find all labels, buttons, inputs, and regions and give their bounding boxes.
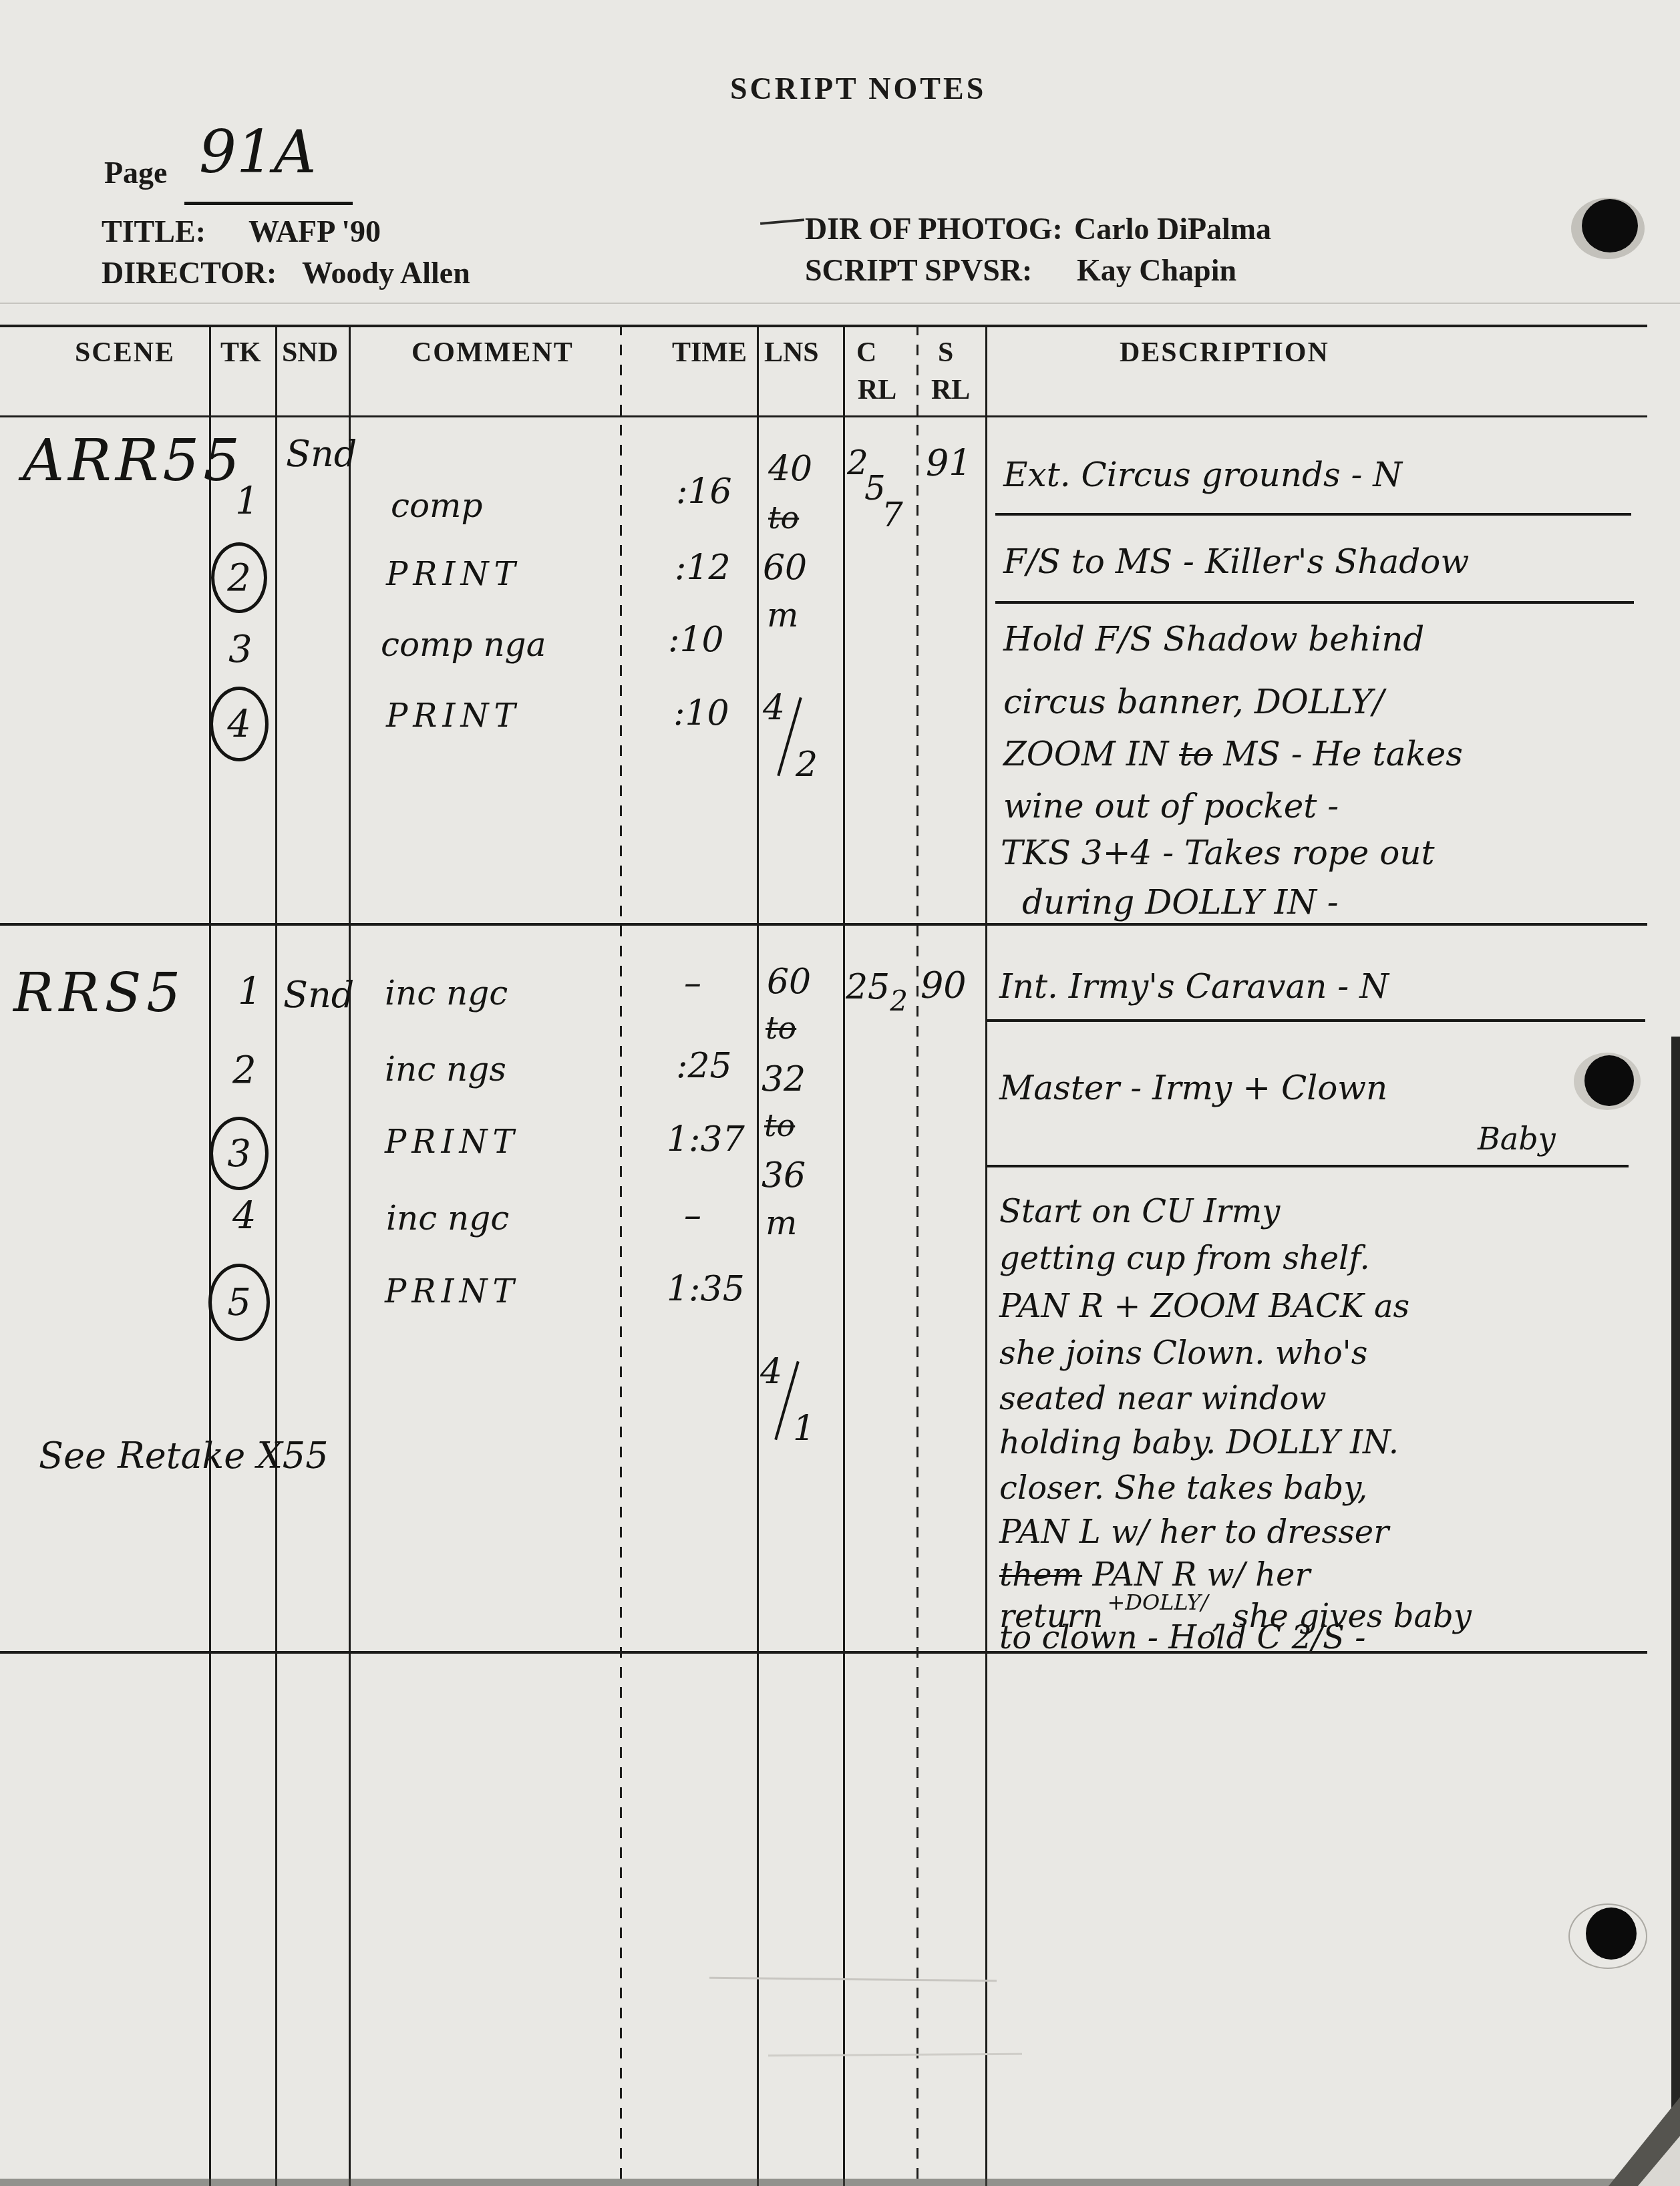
row2-time-3: 1:37 (667, 1119, 745, 1159)
faint-rule (0, 303, 1680, 304)
row2-desc-line11: them PAN R w/ her (999, 1556, 1310, 1594)
row2-desc-line11-struck: them (999, 1556, 1082, 1594)
row1-desc-line6: wine out of pocket - (1003, 787, 1339, 826)
photog-value: Carlo DiPalma (1074, 211, 1271, 246)
row1-comment-3: comp nga (381, 625, 546, 664)
col-header-tk: TK (220, 337, 261, 369)
row1-lns-to: to (768, 500, 799, 536)
row1-desc-underline1 (995, 513, 1631, 516)
row2-desc-baby: Baby (1478, 1121, 1556, 1157)
row2-desc-line6: she joins Clown. who's (999, 1334, 1367, 1372)
row2-desc-line12-insert: +DOLLY/ (1107, 1590, 1208, 1615)
director-label: DIRECTOR: (102, 255, 277, 291)
col-line-time-lns (757, 325, 759, 2186)
table-header-border (0, 415, 1647, 417)
row2-lns-m: m (766, 1204, 797, 1242)
see-retake-note: See Retake X55 (39, 1435, 329, 1477)
supervisor-label: SCRIPT SPVSR: (805, 252, 1032, 288)
row1-time-1: :16 (676, 472, 732, 512)
row2-lns-32: 32 (762, 1059, 806, 1099)
col-line-lns-crl (843, 325, 845, 2186)
col-header-scene: SCENE (75, 337, 175, 369)
row2-scene: RRS5 (13, 962, 186, 1024)
row2-comment-5: PRINT (385, 1273, 519, 1310)
row1-time-3: :10 (668, 620, 724, 660)
row1-take-3: 3 (228, 628, 253, 671)
row1-comment-4: PRINT (386, 697, 520, 735)
col-header-c: C (856, 337, 876, 369)
row1-take-1: 1 (235, 480, 259, 523)
row2-desc-line5: PAN R + ZOOM BACK as (999, 1288, 1409, 1325)
row2-camera-roll: 252 (846, 967, 908, 1007)
row2-comment-1: inc ngc (385, 974, 508, 1013)
row2-sound-roll: 90 (920, 964, 967, 1007)
col-header-lns: LNS (764, 337, 819, 369)
col-header-description: DESCRIPTION (1120, 337, 1329, 369)
row2-desc-line2: Master - Irmy + Clown (999, 1069, 1387, 1107)
col-line-snd-comment (349, 325, 351, 2186)
row2-desc-line4: getting cup from shelf. (999, 1240, 1370, 1277)
photog-label: DIR OF PHOTOG: (805, 211, 1063, 246)
row1-desc-line4: circus banner, DOLLY/ (1003, 683, 1384, 721)
col-header-time: TIME (672, 337, 747, 369)
row2-lns-60: 60 (767, 962, 811, 1002)
row2-take-3-circled: 3 (210, 1117, 269, 1190)
col-line-srl-description (985, 325, 987, 2186)
title-label: TITLE: (102, 214, 206, 249)
row2-desc-divider (987, 1165, 1629, 1167)
row2-time-5: 1:35 (667, 1269, 745, 1309)
row2-desc-line7: seated near window (999, 1380, 1327, 1417)
row2-desc-line13: to clown - Hold C 2/S - (999, 1619, 1365, 1656)
row1-desc-line5-struck: to (1179, 735, 1212, 773)
row2-lns-36: 36 (762, 1155, 806, 1196)
row2-desc-line1: Int. Irmy's Caravan - N (999, 967, 1389, 1006)
row1-desc-line3: Hold F/S Shadow behind (1003, 620, 1424, 659)
punch-hole-middle-icon (1584, 1055, 1634, 1106)
row2-desc-line11-post: PAN R w/ her (1082, 1556, 1310, 1594)
scan-right-edge-shadow (1671, 1037, 1680, 2186)
row1-camera-roll-7: 7 (882, 496, 903, 534)
row2-camera-roll-sub: 2 (890, 984, 908, 1017)
row2-take-2: 2 (232, 1049, 257, 1092)
row1-desc-line5-post: MS - He takes (1212, 735, 1463, 773)
row1-desc-line2: F/S to MS - Killer's Shadow (1003, 542, 1469, 581)
row2-take-5: 5 (227, 1281, 251, 1324)
row1-snd: Snd (286, 433, 357, 475)
row1-comment-1: comp (391, 486, 483, 525)
row1-time-4: :10 (673, 693, 729, 733)
row1-desc-line5: ZOOM IN to MS - He takes (1003, 735, 1463, 773)
page-number-handwritten: 91A (199, 118, 317, 186)
row2-take-5-circled: 5 (208, 1264, 270, 1341)
page-number-underline (184, 202, 353, 205)
punch-hole-bottom-icon (1586, 1907, 1637, 1960)
col-header-s-rl: RL (931, 374, 970, 406)
page-label: Page (104, 155, 168, 190)
row1-lns-60: 60 (763, 548, 807, 588)
row1-desc-line8: during DOLLY IN - (1022, 883, 1339, 922)
pencil-smudge-2 (768, 2053, 1022, 2057)
pencil-smudge-1 (709, 1977, 997, 1982)
col-header-s: S (938, 337, 953, 369)
row1-comment-2: PRINT (386, 556, 520, 593)
col-header-comment: COMMENT (411, 337, 574, 369)
row2-lns-to1: to (766, 1010, 796, 1046)
row2-comment-2: inc ngs (385, 1050, 506, 1089)
row1-take-4: 4 (227, 703, 251, 746)
script-notes-page: SCRIPT NOTES Page 91A TITLE: WAFP '90 DI… (0, 0, 1680, 2186)
row2-take-1: 1 (238, 970, 262, 1013)
stray-pen-mark (760, 218, 804, 225)
row2-desc-line9: closer. She takes baby, (999, 1469, 1367, 1507)
row1-desc-line1: Ext. Circus grounds - N (1003, 456, 1402, 494)
row2-desc-line10: PAN L w/ her to dresser (999, 1513, 1389, 1551)
row1-desc-line5-pre: ZOOM IN (1003, 735, 1179, 773)
row1-sound-roll: 91 (926, 442, 972, 484)
row1-frac-den: 2 (796, 745, 818, 785)
col-line-crl-srl (916, 325, 918, 2186)
row2-desc-underline1 (987, 1019, 1645, 1022)
supervisor-value: Kay Chapin (1077, 252, 1236, 288)
row1-desc-underline2 (995, 601, 1634, 604)
row2-take-3: 3 (227, 1132, 251, 1175)
row2-lns-fraction: 4 1 (760, 1356, 816, 1446)
row-divider-1 (0, 923, 1647, 926)
row1-desc-line7: TKS 3+4 - Takes rope out (1001, 834, 1435, 872)
row2-time-2: :25 (676, 1046, 732, 1086)
row2-take-4: 4 (232, 1194, 257, 1238)
row2-frac-num: 4 (760, 1352, 782, 1392)
row2-frac-den: 1 (793, 1409, 815, 1449)
row-divider-2 (0, 1651, 1647, 1654)
director-value: Woody Allen (302, 255, 470, 291)
row1-lns-40: 40 (768, 449, 812, 489)
row1-time-2: :12 (675, 548, 731, 588)
row2-comment-4: inc ngc (386, 1199, 509, 1238)
row2-time-4: – (684, 1196, 701, 1236)
row1-take-2-circled: 2 (211, 542, 267, 613)
row2-desc-line3: Start on CU Irmy (999, 1193, 1280, 1230)
title-value: WAFP '90 (248, 214, 381, 249)
form-title: SCRIPT NOTES (730, 71, 986, 106)
row2-camera-roll-main: 25 (846, 967, 890, 1007)
row1-take-2: 2 (227, 556, 251, 600)
row2-snd: Snd (283, 974, 354, 1016)
punch-hole-top-icon (1582, 199, 1638, 252)
col-header-snd: SND (282, 337, 338, 369)
row2-lns-to2: to (764, 1107, 795, 1143)
row1-lns-m: m (767, 596, 798, 634)
scan-bottom-edge-shadow (0, 2179, 1680, 2186)
col-header-c-rl: RL (858, 374, 896, 406)
col-line-comment-time (620, 325, 622, 2186)
row1-scene: ARR55 (23, 427, 244, 494)
col-line-scene-tk (209, 325, 211, 2186)
row2-comment-3: PRINT (385, 1123, 519, 1161)
row1-lns-fraction: 4 2 (763, 692, 819, 782)
row1-take-4-circled: 4 (210, 687, 269, 761)
row1-frac-num: 4 (763, 688, 785, 728)
row2-desc-line8: holding baby. DOLLY IN. (999, 1424, 1399, 1461)
col-line-tk-snd (275, 325, 277, 2186)
table-top-border (0, 325, 1647, 327)
row2-time-1: – (684, 963, 701, 1003)
